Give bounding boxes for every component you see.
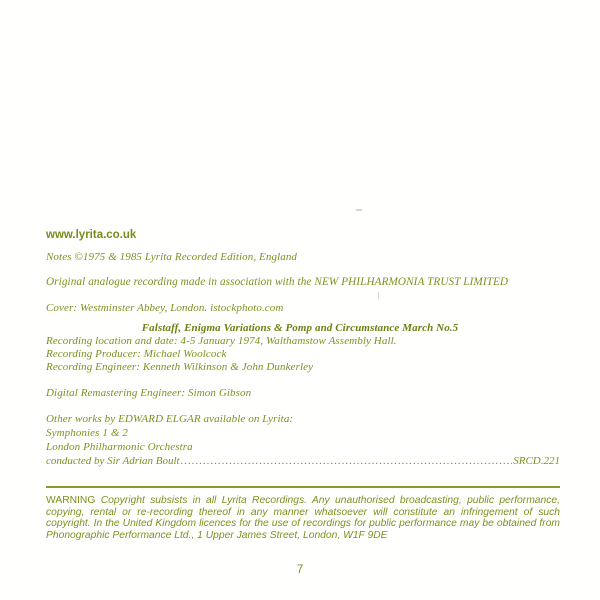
scan-speck: [378, 292, 379, 299]
booklet-page: www.lyrita.co.uk Notes ©1975 & 1985 Lyri…: [0, 0, 600, 600]
warning-body: Copyright subsists in all Lyrita Recordi…: [46, 495, 560, 541]
recording-location: Recording location and date: 4-5 January…: [46, 335, 397, 347]
copyright-warning: WARNING Copyright subsists in all Lyrita…: [46, 495, 560, 541]
page-number: 7: [0, 562, 600, 576]
warning-label: WARNING: [46, 495, 95, 506]
notes-copyright: Notes ©1975 & 1985 Lyrita Recorded Editi…: [46, 251, 297, 263]
divider-rule: [46, 486, 560, 488]
other-works-title: Symphonies 1 & 2: [46, 427, 128, 439]
recording-engineer: Recording Engineer: Kenneth Wilkinson & …: [46, 361, 313, 373]
other-works-conductor: conducted by Sir Adrian Boult: [46, 455, 180, 467]
association-credit: Original analogue recording made in asso…: [46, 276, 508, 288]
leader-dots: [181, 455, 513, 467]
catalogue-number: SRCD.221: [513, 455, 560, 467]
other-works-catalogue-line: conducted by Sir Adrian Boult SRCD.221: [46, 455, 560, 467]
cover-credit: Cover: Westminster Abbey, London. istock…: [46, 302, 283, 314]
remastering-engineer: Digital Remastering Engineer: Simon Gibs…: [46, 387, 251, 399]
recording-producer: Recording Producer: Michael Woolcock: [46, 348, 226, 360]
programme-title: Falstaff, Enigma Variations & Pomp and C…: [0, 322, 600, 334]
scan-speck: [356, 209, 362, 211]
other-works-heading: Other works by EDWARD ELGAR available on…: [46, 413, 293, 425]
other-works-orchestra: London Philharmonic Orchestra: [46, 441, 193, 453]
website-link[interactable]: www.lyrita.co.uk: [46, 229, 136, 241]
